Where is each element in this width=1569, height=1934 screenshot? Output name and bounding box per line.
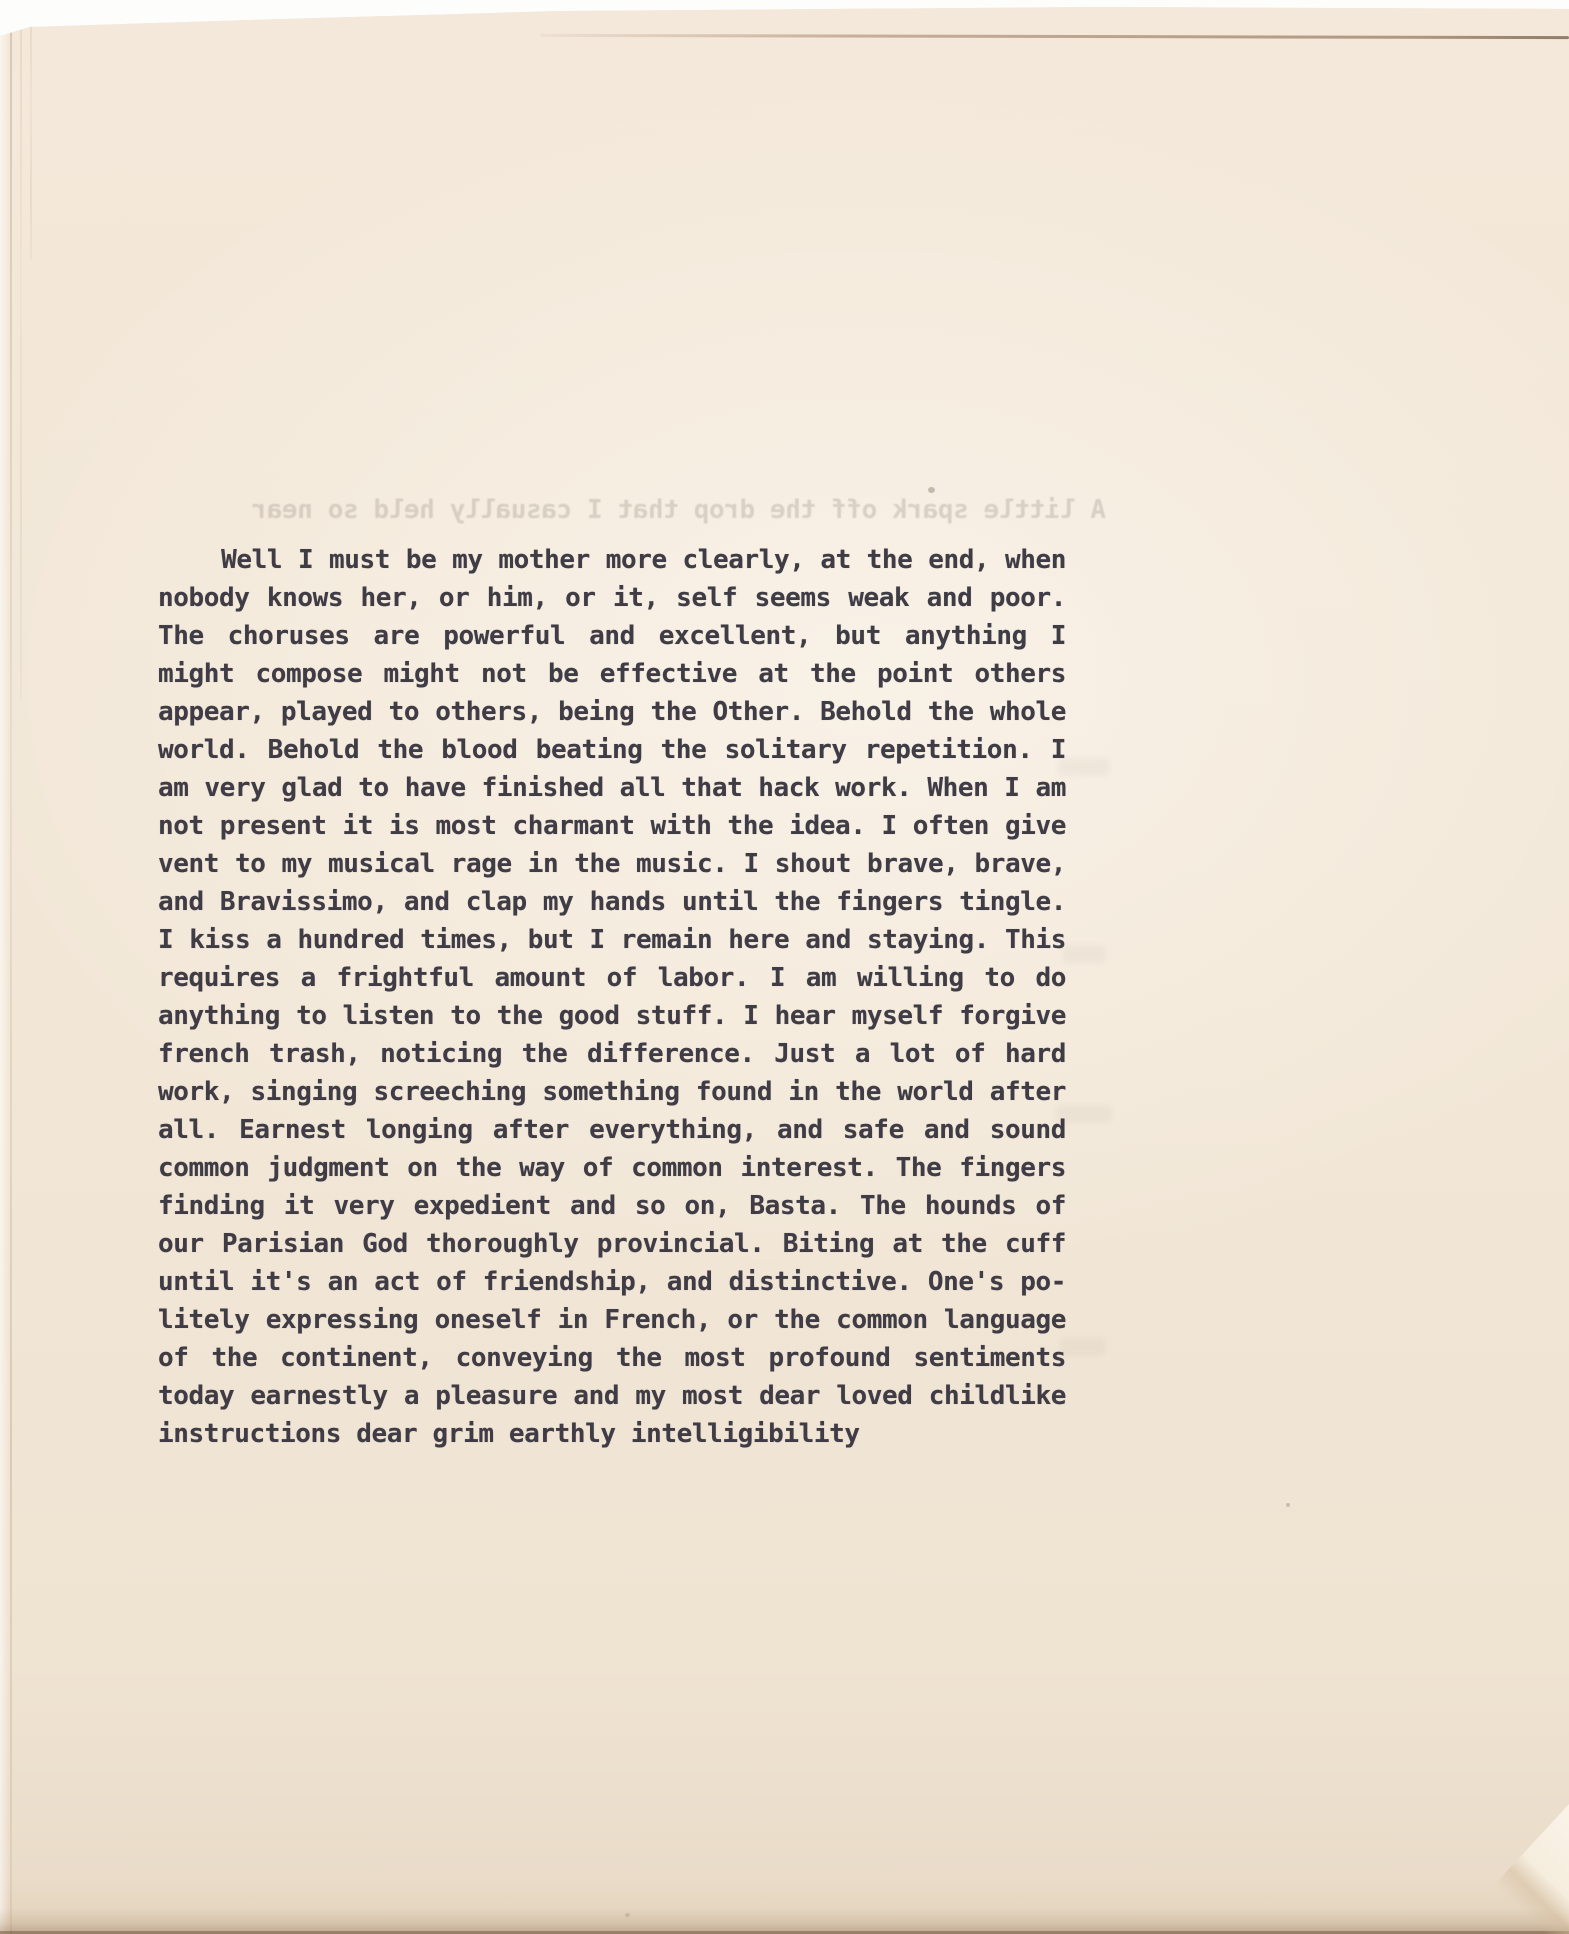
bleedthrough-mirrored-text: A little spark off the drop that I casua…	[160, 495, 1106, 525]
paper-sheet: A little spark off the drop that I casua…	[0, 0, 1569, 1934]
bleedthrough-smudge	[1060, 1338, 1106, 1356]
corner-curl	[1449, 1804, 1569, 1934]
typewritten-paragraph: Well I must be my mother more clearly, a…	[158, 541, 1066, 1453]
binding-crease	[30, 0, 32, 260]
paper-speck	[928, 487, 935, 493]
scanned-page: A little spark off the drop that I casua…	[0, 0, 1569, 1934]
page-left-edge-highlight	[0, 0, 9, 1934]
paper-speck	[718, 1097, 721, 1100]
paragraph-body: Well I must be my mother more clearly, a…	[158, 541, 1066, 1415]
paragraph-last-line: instructions dear grim earthly intelligi…	[158, 1415, 1066, 1453]
binding-crease	[10, 0, 12, 1934]
bleedthrough-smudge	[1062, 945, 1106, 963]
paper-speck	[1286, 1503, 1290, 1507]
binding-crease	[20, 0, 22, 700]
